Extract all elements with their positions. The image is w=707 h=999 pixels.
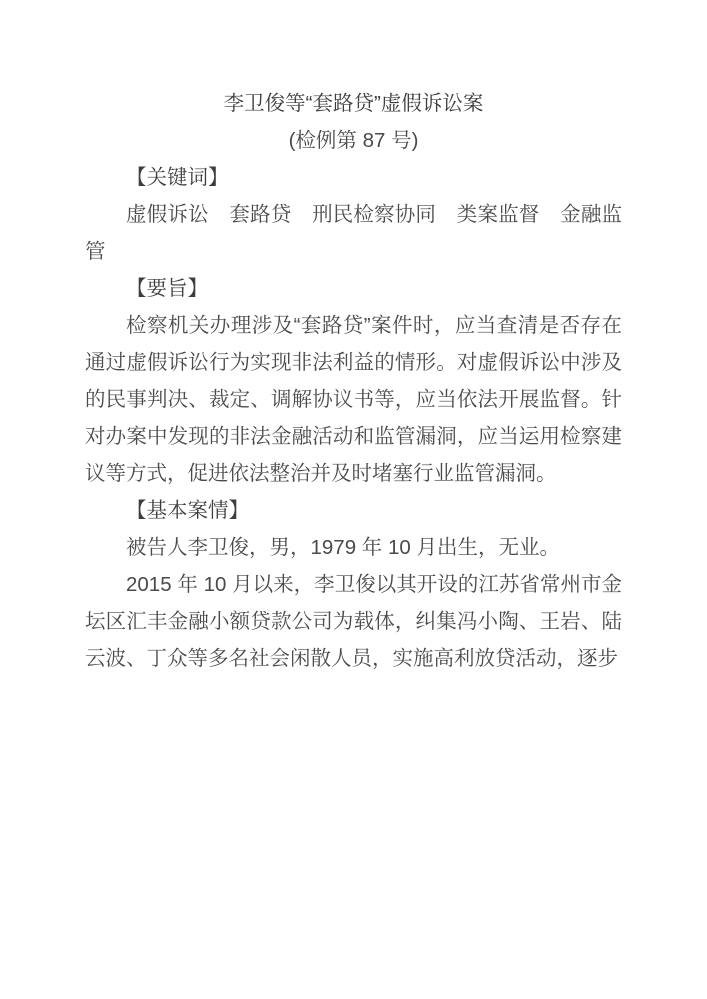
document-title: 李卫俊等“套路贷”虚假诉讼案 bbox=[85, 85, 622, 122]
paragraph-abstract: 检察机关办理涉及“套路贷”案件时，应当查清是否存在通过虚假诉讼行为实现非法利益的… bbox=[85, 307, 622, 492]
case-number: (检例第 87 号) bbox=[85, 122, 622, 159]
section-heading-abstract: 【要旨】 bbox=[85, 270, 622, 307]
paragraph-keywords: 虚假诉讼 套路贷 刑民检察协同 类案监督 金融监管 bbox=[85, 196, 622, 270]
section-heading-keywords: 【关键词】 bbox=[85, 159, 622, 196]
paragraph-defendant-info: 被告人李卫俊，男，1979 年 10 月出生，无业。 bbox=[85, 529, 622, 566]
section-heading-basic-facts: 【基本案情】 bbox=[85, 492, 622, 529]
document-page: 李卫俊等“套路贷”虚假诉讼案 (检例第 87 号) 【关键词】 虚假诉讼 套路贷… bbox=[0, 0, 707, 999]
paragraph-case-narrative: 2015 年 10 月以来，李卫俊以其开设的江苏省常州市金坛区汇丰金融小额贷款公… bbox=[85, 566, 622, 677]
